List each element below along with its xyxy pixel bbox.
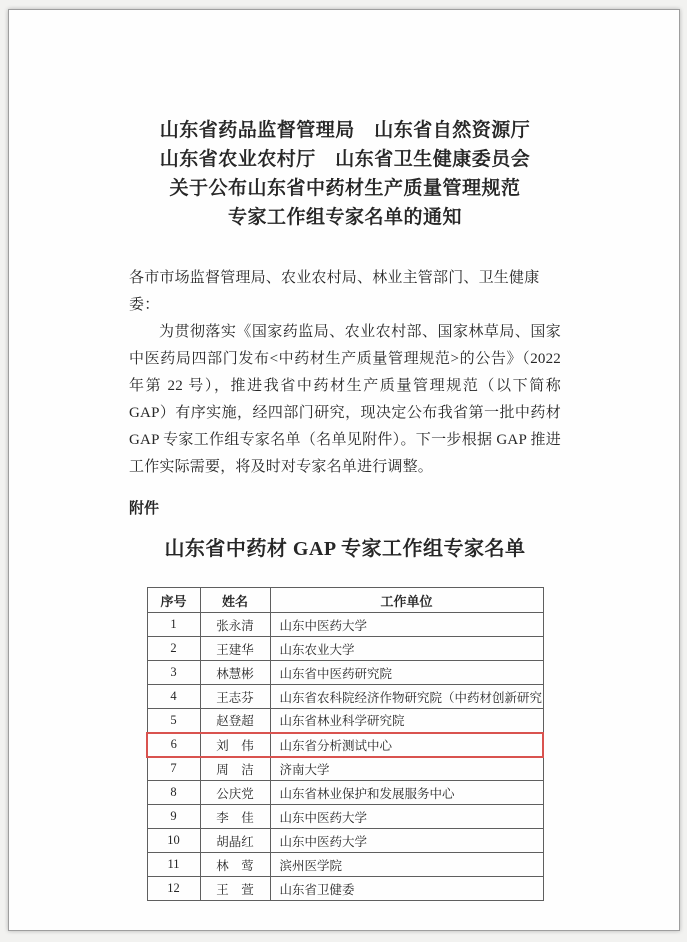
document-title-line-4: 专家工作组专家名单的通知 [129, 203, 561, 232]
expert-table-row: 2王建华山东农业大学 [147, 637, 543, 661]
expert-table-row: 8公庆党山东省林业保护和发展服务中心 [147, 781, 543, 805]
expert-unit-cell: 滨州医学院 [270, 853, 543, 877]
expert-name-cell: 公庆党 [200, 781, 270, 805]
expert-no-cell: 8 [147, 781, 200, 805]
column-header-work-unit: 工作单位 [270, 588, 543, 613]
expert-no-cell: 9 [147, 805, 200, 829]
expert-no-cell: 5 [147, 709, 200, 733]
column-header-number: 序号 [147, 588, 200, 613]
expert-name-cell: 王建华 [200, 637, 270, 661]
expert-table: 序号 姓名 工作单位 1张永清山东中医药大学2王建华山东农业大学3林慧彬山东省中… [146, 587, 544, 901]
expert-unit-cell: 山东省林业保护和发展服务中心 [270, 781, 543, 805]
expert-name-cell: 李 佳 [200, 805, 270, 829]
document-content: 山东省药品监督管理局 山东省自然资源厅 山东省农业农村厅 山东省卫生健康委员会 … [9, 10, 679, 901]
expert-table-header-row: 序号 姓名 工作单位 [147, 588, 543, 613]
expert-unit-cell: 山东农业大学 [270, 637, 543, 661]
document-title: 山东省药品监督管理局 山东省自然资源厅 山东省农业农村厅 山东省卫生健康委员会 … [129, 116, 561, 232]
expert-name-cell: 张永清 [200, 613, 270, 637]
expert-no-cell: 3 [147, 661, 200, 685]
expert-no-cell: 6 [147, 733, 200, 757]
document-title-line-1: 山东省药品监督管理局 山东省自然资源厅 [129, 116, 561, 145]
expert-unit-cell: 山东中医药大学 [270, 805, 543, 829]
expert-no-cell: 12 [147, 877, 200, 901]
expert-list-title: 山东省中药材 GAP 专家工作组专家名单 [129, 532, 561, 561]
expert-table-row: 4王志芬山东省农科院经济作物研究院（中药材创新研究院） [147, 685, 543, 709]
expert-unit-cell: 山东省中医药研究院 [270, 661, 543, 685]
expert-name-cell: 林慧彬 [200, 661, 270, 685]
expert-no-cell: 2 [147, 637, 200, 661]
expert-name-cell: 刘 伟 [200, 733, 270, 757]
expert-table-row: 10胡晶红山东中医药大学 [147, 829, 543, 853]
expert-table-row: 9李 佳山东中医药大学 [147, 805, 543, 829]
expert-table-body: 1张永清山东中医药大学2王建华山东农业大学3林慧彬山东省中医药研究院4王志芬山东… [147, 613, 543, 901]
expert-table-row: 12王 萱山东省卫健委 [147, 877, 543, 901]
attachment-label: 附件 [129, 497, 561, 518]
expert-no-cell: 10 [147, 829, 200, 853]
expert-no-cell: 11 [147, 853, 200, 877]
scanned-document-page: 山东省药品监督管理局 山东省自然资源厅 山东省农业农村厅 山东省卫生健康委员会 … [8, 9, 680, 931]
column-header-name: 姓名 [200, 588, 270, 613]
expert-unit-cell: 山东省分析测试中心 [270, 733, 543, 757]
expert-name-cell: 王 萱 [200, 877, 270, 901]
document-title-line-2: 山东省农业农村厅 山东省卫生健康委员会 [129, 145, 561, 174]
expert-table-row-highlighted: 6刘 伟山东省分析测试中心 [147, 733, 543, 757]
expert-table-row: 1张永清山东中医药大学 [147, 613, 543, 637]
expert-no-cell: 7 [147, 757, 200, 781]
expert-no-cell: 1 [147, 613, 200, 637]
expert-unit-cell: 山东中医药大学 [270, 613, 543, 637]
expert-no-cell: 4 [147, 685, 200, 709]
expert-unit-cell: 山东中医药大学 [270, 829, 543, 853]
expert-unit-cell: 山东省农科院经济作物研究院（中药材创新研究院） [270, 685, 543, 709]
expert-name-cell: 赵登超 [200, 709, 270, 733]
expert-name-cell: 胡晶红 [200, 829, 270, 853]
body-paragraph: 为贯彻落实《国家药监局、农业农村部、国家林草局、国家中医药局四部门发布<中药材生… [129, 319, 561, 481]
expert-table-row: 5赵登超山东省林业科学研究院 [147, 709, 543, 733]
expert-unit-cell: 山东省卫健委 [270, 877, 543, 901]
expert-table-row: 3林慧彬山东省中医药研究院 [147, 661, 543, 685]
expert-name-cell: 周 洁 [200, 757, 270, 781]
expert-unit-cell: 济南大学 [270, 757, 543, 781]
expert-unit-cell: 山东省林业科学研究院 [270, 709, 543, 733]
expert-table-row: 7周 洁济南大学 [147, 757, 543, 781]
salutation-line: 各市市场监督管理局、农业农村局、林业主管部门、卫生健康委： [129, 265, 561, 319]
document-title-line-3: 关于公布山东省中药材生产质量管理规范 [129, 174, 561, 203]
expert-table-row: 11林 莺滨州医学院 [147, 853, 543, 877]
expert-name-cell: 林 莺 [200, 853, 270, 877]
expert-name-cell: 王志芬 [200, 685, 270, 709]
